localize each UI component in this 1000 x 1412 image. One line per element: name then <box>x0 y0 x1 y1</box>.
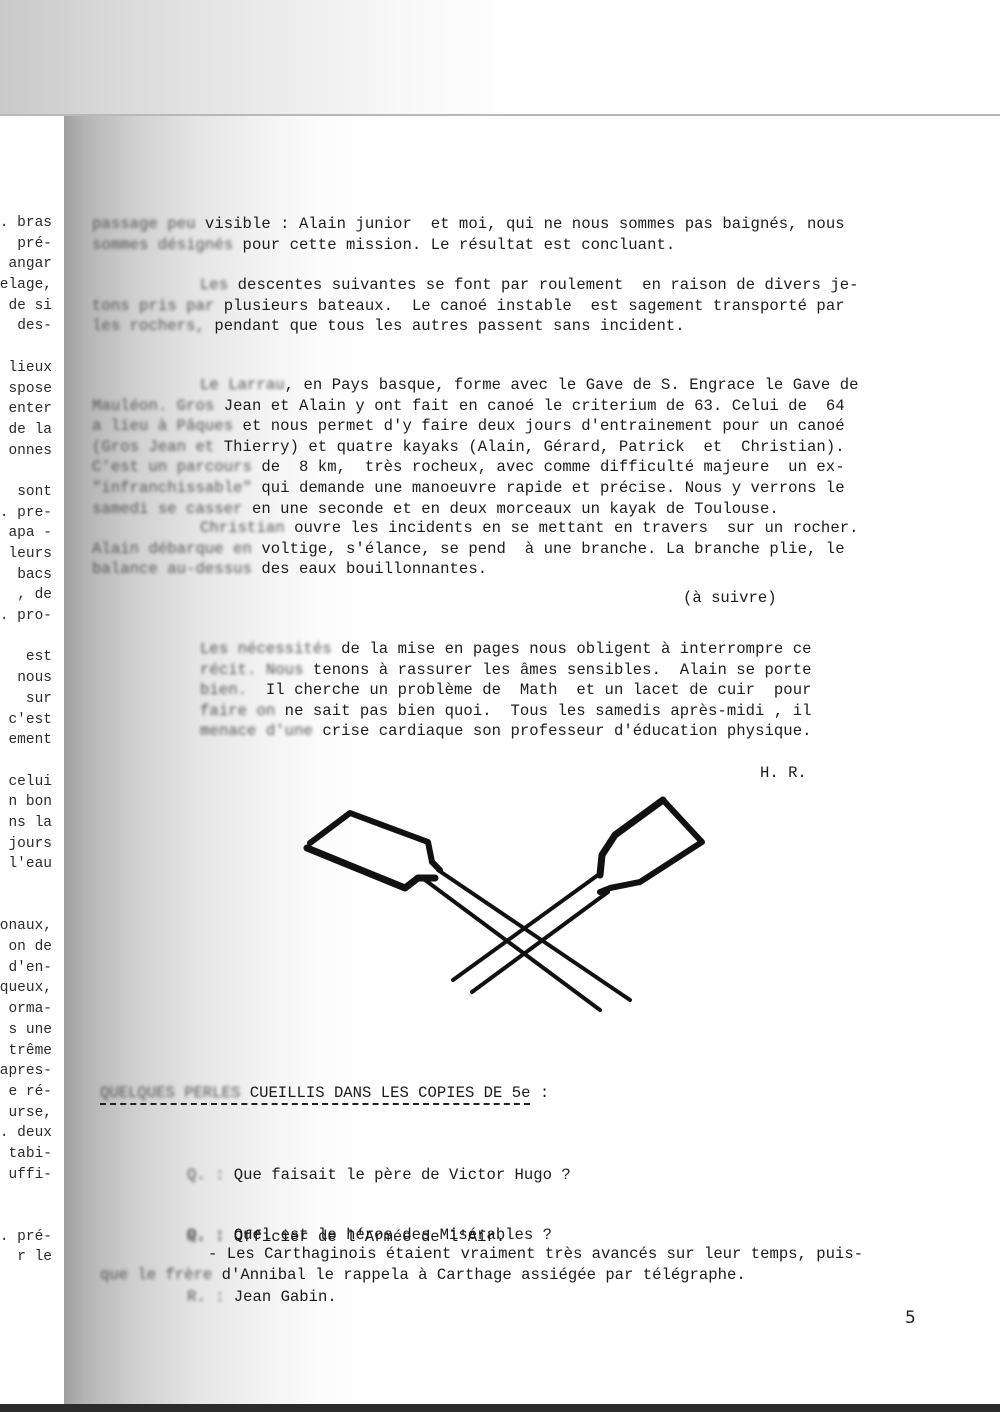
faded-text: Alain débarque en <box>92 540 261 558</box>
faded-text: samedi se casser <box>92 500 252 518</box>
line-text: visible : Alain junior et moi, qui ne no… <box>205 215 845 233</box>
previous-page-line: enter <box>0 399 52 420</box>
previous-page-line: . pré- <box>0 1227 52 1248</box>
section-heading: QUELQUES PERLES CUEILLIS DANS LES COPIES… <box>100 1084 549 1102</box>
line-text: Il cherche un problème de Math et un lac… <box>266 681 812 699</box>
previous-page-line: n bon <box>0 792 52 813</box>
line-text: qui demande une manoeuvre rapide et préc… <box>261 479 844 497</box>
line-text: crise cardiaque son professeur d'éducati… <box>322 722 811 740</box>
faded-text: Christian <box>200 519 294 537</box>
text-line: bien. Il cherche un problème de Math et … <box>200 680 812 701</box>
previous-page-line: urse, <box>0 1103 52 1124</box>
previous-page-line: jours <box>0 834 52 855</box>
previous-page-fragment: . braspré-angarrelage,de sides-lieuxspos… <box>0 116 64 1406</box>
line-text: ne sait pas bien quoi. Tous les samedis … <box>285 702 812 720</box>
faded-text: passage peu <box>92 215 205 233</box>
previous-page-line <box>0 1206 52 1227</box>
text-line: sommes désignés pour cette mission. Le r… <box>92 235 845 256</box>
previous-page-line: uffi- <box>0 1165 52 1186</box>
paragraph-4: Christian ouvre les incidents en se mett… <box>92 518 859 580</box>
text-line: passage peu visible : Alain junior et mo… <box>92 214 845 235</box>
heading-suffix: : <box>530 1084 549 1102</box>
text-line: faire on ne sait pas bien quoi. Tous les… <box>200 701 812 722</box>
paragraph-1: passage peu visible : Alain junior et mo… <box>92 214 845 255</box>
question-text: Quel est le héros des Misérables ? <box>234 1226 552 1244</box>
text-line: - Les Carthaginois étaient vraiment très… <box>100 1244 863 1265</box>
closing-anecdote: - Les Carthaginois étaient vraiment très… <box>100 1244 863 1285</box>
previous-page-line: est <box>0 647 52 668</box>
previous-page-line: s une <box>0 1020 52 1041</box>
line-text: des eaux bouillonnantes. <box>261 560 487 578</box>
previous-page-line: . pre- <box>0 503 52 524</box>
previous-page-line: on de <box>0 937 52 958</box>
line-text: ouvre les incidents en se mettant en tra… <box>294 519 858 537</box>
faded-text: menace d'une <box>200 722 322 740</box>
previous-page-line: bacs <box>0 565 52 586</box>
line-text: - Les Carthaginois étaient vraiment très… <box>208 1245 863 1263</box>
previous-page-line: sur <box>0 689 52 710</box>
scanner-background <box>0 0 1000 116</box>
line-text: descentes suivantes se font par roulemen… <box>238 276 859 294</box>
line-text: en une seconde et en deux morceaux un ka… <box>252 500 779 518</box>
previous-page-line: apres- <box>0 1061 52 1082</box>
text-line: tons pris par plusieurs bateaux. Le cano… <box>92 296 859 317</box>
previous-page-text: . braspré-angarrelage,de sides-lieuxspos… <box>0 213 52 1268</box>
previous-page-line: pré- <box>0 234 52 255</box>
text-line: samedi se casser en une seconde et en de… <box>92 499 859 520</box>
text-line: les rochers, pendant que tous les autres… <box>92 316 859 337</box>
previous-page-line <box>0 627 52 648</box>
previous-page-line: sont <box>0 482 52 503</box>
previous-page-line: trême <box>0 1041 52 1062</box>
faded-text: a lieu à Pâques <box>92 417 243 435</box>
line-text: plusieurs bateaux. Le canoé instable est… <box>224 297 845 315</box>
faded-text: balance au-dessus <box>92 560 261 578</box>
line-text: de 8 km, très rocheux, avec comme diffic… <box>261 458 844 476</box>
faded-text: sommes désignés <box>92 236 243 254</box>
line-text: de la mise en pages nous obligent à inte… <box>341 640 811 658</box>
faded-text: bien. <box>200 681 266 699</box>
previous-page-line: onaux, <box>0 916 52 937</box>
previous-page-line: apa - <box>0 523 52 544</box>
previous-page-line: onnes <box>0 441 52 462</box>
faded-text: "infranchissable" <box>92 479 261 497</box>
to-be-continued: (à suivre) <box>683 589 777 607</box>
previous-page-line: leurs <box>0 544 52 565</box>
line-text: Thierry) et quatre kayaks (Alain, Gérard… <box>224 438 845 456</box>
previous-page-line <box>0 1185 52 1206</box>
text-line: récit. Nous tenons à rassurer les âmes s… <box>200 660 812 681</box>
previous-page-line: e ré- <box>0 1082 52 1103</box>
previous-page-line <box>0 337 52 358</box>
previous-page-line: d'en- <box>0 958 52 979</box>
faded-text: récit. Nous <box>200 661 313 679</box>
faded-text: que le frère <box>100 1266 222 1284</box>
text-line: "infranchissable" qui demande une manoeu… <box>92 478 859 499</box>
line-text: et nous permet d'y faire deux jours d'en… <box>243 417 845 435</box>
answer-label: R. : <box>187 1288 234 1306</box>
text-line: que le frère d'Annibal le rappela à Cart… <box>100 1265 863 1286</box>
previous-page-line <box>0 896 52 917</box>
line-text: d'Annibal le rappela à Carthage assiégée… <box>222 1266 746 1284</box>
previous-page-line: celui <box>0 772 52 793</box>
previous-page-line: orma- <box>0 999 52 1020</box>
faded-text: faire on <box>200 702 285 720</box>
faded-text: (Gros Jean et <box>92 438 224 456</box>
faded-text: tons pris par <box>92 297 224 315</box>
previous-page-line: , de <box>0 585 52 606</box>
heading-blurred-part: QUELQUES PERLES <box>100 1084 250 1102</box>
previous-page-line: . bras <box>0 213 52 234</box>
previous-page-line: tabi- <box>0 1144 52 1165</box>
text-line: Les nécessités de la mise en pages nous … <box>200 639 812 660</box>
line-text: voltige, s'élance, se pend à une branche… <box>261 540 844 558</box>
page-number: 5 <box>905 1308 916 1328</box>
previous-page-line: ns la <box>0 813 52 834</box>
text-line: balance au-dessus des eaux bouillonnante… <box>92 559 859 580</box>
text-line: Alain débarque en voltige, s'élance, se … <box>92 539 859 560</box>
text-line: Le Larrau, en Pays basque, forme avec le… <box>92 375 859 396</box>
line-text: Jean et Alain y ont fait en canoé le cri… <box>224 397 845 415</box>
text-line: a lieu à Pâques et nous permet d'y faire… <box>92 416 859 437</box>
text-line: Les descentes suivantes se font par roul… <box>92 275 859 296</box>
previous-page-line: de si <box>0 296 52 317</box>
editor-note: Les nécessités de la mise en pages nous … <box>200 639 812 742</box>
text-line: C'est un parcours de 8 km, très rocheux,… <box>92 457 859 478</box>
previous-page-line: ement <box>0 730 52 751</box>
line-text: , en Pays basque, forme avec le Gave de … <box>285 376 859 394</box>
line-text: pendant que tous les autres passent sans… <box>214 317 684 335</box>
previous-page-line: angar <box>0 254 52 275</box>
previous-page-line: relage, <box>0 275 52 296</box>
crossed-paddles-icon <box>290 780 750 1020</box>
previous-page-line: l'eau <box>0 854 52 875</box>
faded-text: les rochers, <box>92 317 214 335</box>
paragraph-2: Les descentes suivantes se font par roul… <box>92 275 859 337</box>
question-label: Q. : <box>187 1226 234 1244</box>
page-bottom-edge <box>0 1404 1000 1412</box>
previous-page-line: r le <box>0 1247 52 1268</box>
author-signature: H. R. <box>760 764 807 782</box>
faded-text: C'est un parcours <box>92 458 261 476</box>
faded-text: Mauléon. Gros <box>92 397 224 415</box>
question-label: Q. : <box>187 1166 234 1184</box>
line-text: pour cette mission. Le résultat est conc… <box>243 236 676 254</box>
question-text: Que faisait le père de Victor Hugo ? <box>234 1166 571 1184</box>
paragraph-3: Le Larrau, en Pays basque, forme avec le… <box>92 375 859 519</box>
answer-text: Jean Gabin. <box>234 1288 337 1306</box>
previous-page-line <box>0 875 52 896</box>
previous-page-line <box>0 461 52 482</box>
previous-page-line: de la <box>0 420 52 441</box>
previous-page-line <box>0 751 52 772</box>
previous-page-line: nous <box>0 668 52 689</box>
text-line: (Gros Jean et Thierry) et quatre kayaks … <box>92 437 859 458</box>
faded-text: Les nécessités <box>200 640 341 658</box>
text-line: Christian ouvre les incidents en se mett… <box>92 518 859 539</box>
line-text: tenons à rassurer les âmes sensibles. Al… <box>313 661 812 679</box>
previous-page-line: queux, <box>0 978 52 999</box>
previous-page-line: spose <box>0 379 52 400</box>
previous-page-line: . deux <box>0 1123 52 1144</box>
heading-text: CUEILLIS DANS LES COPIES DE 5e <box>250 1084 531 1102</box>
previous-page-line: des- <box>0 316 52 337</box>
text-line: Mauléon. Gros Jean et Alain y ont fait e… <box>92 396 859 417</box>
text-line: menace d'une crise cardiaque son profess… <box>200 721 812 742</box>
previous-page-line: c'est <box>0 710 52 731</box>
faded-text: Les <box>200 276 238 294</box>
previous-page-line: . pro- <box>0 606 52 627</box>
faded-text: Le Larrau <box>200 376 285 394</box>
previous-page-line: lieux <box>0 358 52 379</box>
